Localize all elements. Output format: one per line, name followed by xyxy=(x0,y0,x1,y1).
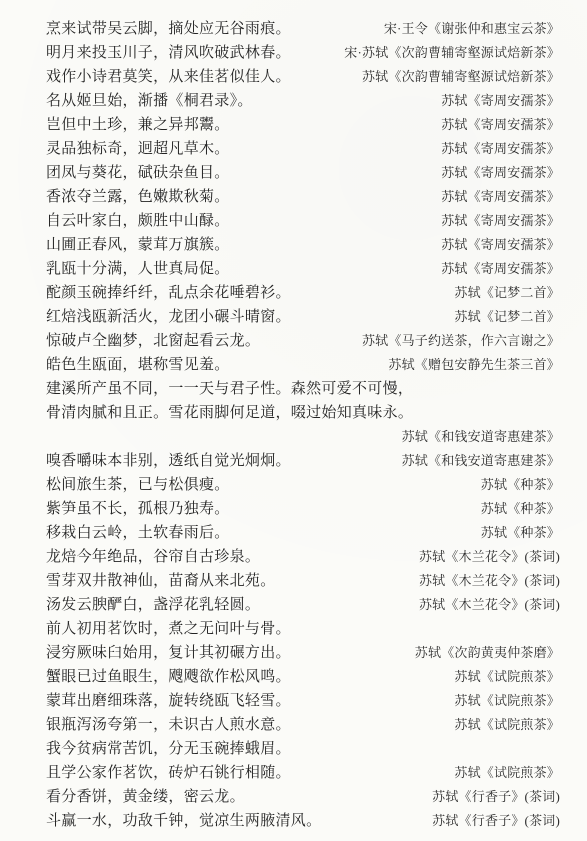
quote-row: 烹来试带吴云脚，摘处应无谷雨痕。宋·王令《谢张仲和惠宝云茶》 xyxy=(46,15,560,39)
quote-row: 山圃正春风，蒙茸万旗簇。苏轼《寄周安孺茶》 xyxy=(46,231,560,255)
attribution-text: 苏轼《次韵黄夷仲茶磨》 xyxy=(415,642,560,661)
quote-text: 名从姬旦始，渐播《桐君录》。 xyxy=(46,89,253,110)
attribution-text: 苏轼《试院煎茶》 xyxy=(454,690,560,709)
attribution-text: 苏轼《记梦二首》 xyxy=(454,306,560,325)
quote-row: 蒙茸出磨细珠落，旋转绕瓯飞轻雪。苏轼《试院煎茶》 xyxy=(46,687,560,711)
quote-text: 乳瓯十分满，人世真局促。 xyxy=(46,257,230,278)
quote-row: 且学公家作茗饮，砖炉石铫行相随。苏轼《试院煎茶》 xyxy=(46,759,560,783)
quote-text: 酡颜玉碗捧纤纤，乱点余花唾碧衫。 xyxy=(46,281,291,302)
attribution-text: 苏轼《寄周安孺茶》 xyxy=(441,162,560,181)
quote-text: 骨清肉腻和且正。雪花雨脚何足道，啜过始知真味永。 xyxy=(46,401,413,422)
quote-text: 且学公家作茗饮，砖炉石铫行相随。 xyxy=(46,761,291,782)
quote-text: 看分香饼，黄金缕，密云龙。 xyxy=(46,785,245,806)
quote-row: 乳瓯十分满，人世真局促。苏轼《寄周安孺茶》 xyxy=(46,255,560,279)
quote-text: 团凤与葵花，碔砆杂鱼目。 xyxy=(46,161,230,182)
attribution-text: 苏轼《寄周安孺茶》 xyxy=(441,234,560,253)
quote-text: 紫笋虽不长，孤根乃独寿。 xyxy=(46,497,230,518)
quote-text: 嗅香嚼味本非别，透纸自觉光炯炯。 xyxy=(46,449,291,470)
attribution-text: 苏轼《试院煎茶》 xyxy=(454,762,560,781)
quote-row: 移栽白云岭，土软春雨后。苏轼《种茶》 xyxy=(46,519,560,543)
attribution-text: 苏轼《种茶》 xyxy=(481,474,560,493)
quote-row: 汤发云腴酽白，盏浮花乳轻圆。苏轼《木兰花令》(茶词) xyxy=(46,591,560,615)
quote-row: 皓色生瓯面，堪称雪见羞。苏轼《赠包安静先生茶三首》 xyxy=(46,351,560,375)
quote-row: 建溪所产虽不同，一一天与君子性。森然可爱不可慢， xyxy=(46,375,560,399)
quote-text: 山圃正春风，蒙茸万旗簇。 xyxy=(46,233,230,254)
quote-row: 银瓶泻汤夸第一，未识古人煎水意。苏轼《试院煎茶》 xyxy=(46,711,560,735)
attribution-text: 苏轼《试院煎茶》 xyxy=(454,666,560,685)
quote-row: 嗅香嚼味本非别，透纸自觉光炯炯。苏轼《和钱安道寄惠建茶》 xyxy=(46,447,560,471)
quote-row: 前人初用茗饮时，煮之无问叶与骨。 xyxy=(46,615,560,639)
quote-text: 烹来试带吴云脚，摘处应无谷雨痕。 xyxy=(46,17,291,38)
quote-text: 红焙浅瓯新活火，龙团小碾斗晴窗。 xyxy=(46,305,291,326)
attribution-text: 苏轼《寄周安孺茶》 xyxy=(441,114,560,133)
quote-text: 戏作小诗君莫笑，从来佳茗似佳人。 xyxy=(46,65,291,86)
attribution-text: 苏轼《木兰花令》(茶词) xyxy=(419,546,560,565)
quote-list: 烹来试带吴云脚，摘处应无谷雨痕。宋·王令《谢张仲和惠宝云茶》明月来投玉川子，清风… xyxy=(46,15,560,831)
quote-text: 汤发云腴酽白，盏浮花乳轻圆。 xyxy=(46,593,260,614)
quote-row: 松间旅生茶，已与松俱瘦。苏轼《种茶》 xyxy=(46,471,560,495)
quote-row: 酡颜玉碗捧纤纤，乱点余花唾碧衫。苏轼《记梦二首》 xyxy=(46,279,560,303)
attribution-text: 苏轼《寄周安孺茶》 xyxy=(441,90,560,109)
quote-row: 自云叶家白，颇胜中山醁。苏轼《寄周安孺茶》 xyxy=(46,207,560,231)
quote-text: 雪芽双井散神仙，苗裔从来北苑。 xyxy=(46,569,276,590)
quote-text: 蒙茸出磨细珠落，旋转绕瓯飞轻雪。 xyxy=(46,689,291,710)
quote-row: 浸穷厥味臼始用，复计其初碾方出。苏轼《次韵黄夷仲茶磨》 xyxy=(46,639,560,663)
attribution-text: 苏轼《和钱安道寄惠建茶》 xyxy=(402,450,560,469)
quote-text: 我今贫病常苦饥，分无玉碗捧蛾眉。 xyxy=(46,737,291,758)
attribution-text: 宋·苏轼《次韵曹辅寄壑源试焙新茶》 xyxy=(344,42,560,61)
quote-text: 自云叶家白，颇胜中山醁。 xyxy=(46,209,230,230)
attribution-text: 苏轼《寄周安孺茶》 xyxy=(441,186,560,205)
quote-row: 惊破卢仝幽梦，北窗起看云龙。苏轼《马子约送茶，作六言谢之》 xyxy=(46,327,560,351)
quote-row: 名从姬旦始，渐播《桐君录》。苏轼《寄周安孺茶》 xyxy=(46,87,560,111)
quote-text: 松间旅生茶，已与松俱瘦。 xyxy=(46,473,230,494)
attribution-text: 苏轼《记梦二首》 xyxy=(454,282,560,301)
quote-row: 紫笋虽不长，孤根乃独寿。苏轼《种茶》 xyxy=(46,495,560,519)
quote-text: 明月来投玉川子，清风吹破武林春。 xyxy=(46,41,291,62)
quote-row: 明月来投玉川子，清风吹破武林春。宋·苏轼《次韵曹辅寄壑源试焙新茶》 xyxy=(46,39,560,63)
attribution-text: 宋·王令《谢张仲和惠宝云茶》 xyxy=(384,18,560,37)
quote-row: 雪芽双井散神仙，苗裔从来北苑。苏轼《木兰花令》(茶词) xyxy=(46,567,560,591)
quote-row: 红焙浅瓯新活火，龙团小碾斗晴窗。苏轼《记梦二首》 xyxy=(46,303,560,327)
quote-text: 移栽白云岭，土软春雨后。 xyxy=(46,521,230,542)
attribution-text: 苏轼《寄周安孺茶》 xyxy=(441,138,560,157)
quote-row: 团凤与葵花，碔砆杂鱼目。苏轼《寄周安孺茶》 xyxy=(46,159,560,183)
attribution-text: 苏轼《木兰花令》(茶词) xyxy=(419,594,560,613)
attribution-text: 苏轼《试院煎茶》 xyxy=(454,714,560,733)
quote-text: 香浓夺兰露，色嫩欺秋菊。 xyxy=(46,185,230,206)
quote-row: 岂但中土珍，兼之异邦鬻。苏轼《寄周安孺茶》 xyxy=(46,111,560,135)
quote-text: 前人初用茗饮时，煮之无问叶与骨。 xyxy=(46,617,291,638)
attribution-text: 苏轼《木兰花令》(茶词) xyxy=(419,570,560,589)
quote-row: 看分香饼，黄金缕，密云龙。苏轼《行香子》(茶词) xyxy=(46,783,560,807)
attribution-text: 苏轼《赠包安静先生茶三首》 xyxy=(388,354,560,373)
quote-text: 蟹眼已过鱼眼生，飕飕欲作松风鸣。 xyxy=(46,665,291,686)
quote-text: 皓色生瓯面，堪称雪见羞。 xyxy=(46,353,230,374)
attribution-text: 苏轼《和钱安道寄惠建茶》 xyxy=(402,426,560,445)
attribution-text: 苏轼《行香子》(茶词) xyxy=(432,810,560,829)
attribution-text: 苏轼《行香子》(茶词) xyxy=(432,786,560,805)
quote-row: 戏作小诗君莫笑，从来佳茗似佳人。苏轼《次韵曹辅寄壑源试焙新茶》 xyxy=(46,63,560,87)
quote-row: 灵品独标奇，迥超凡草木。苏轼《寄周安孺茶》 xyxy=(46,135,560,159)
quote-text: 灵品独标奇，迥超凡草木。 xyxy=(46,137,230,158)
attribution-text: 苏轼《种茶》 xyxy=(481,522,560,541)
quote-row: 斗赢一水，功敌千钟，觉凉生两腋清风。苏轼《行香子》(茶词) xyxy=(46,807,560,831)
quote-row: 苏轼《和钱安道寄惠建茶》 xyxy=(46,423,560,447)
quote-row: 我今贫病常苦饥，分无玉碗捧蛾眉。 xyxy=(46,735,560,759)
attribution-text: 苏轼《次韵曹辅寄壑源试焙新茶》 xyxy=(362,66,560,85)
attribution-text: 苏轼《寄周安孺茶》 xyxy=(441,210,560,229)
attribution-text: 苏轼《寄周安孺茶》 xyxy=(441,258,560,277)
quote-text: 浸穷厥味臼始用，复计其初碾方出。 xyxy=(46,641,291,662)
quote-text: 银瓶泻汤夸第一，未识古人煎水意。 xyxy=(46,713,291,734)
quote-text: 龙焙今年绝品，谷帘自古珍泉。 xyxy=(46,545,260,566)
quote-text: 岂但中土珍，兼之异邦鬻。 xyxy=(46,113,230,134)
quote-row: 骨清肉腻和且正。雪花雨脚何足道，啜过始知真味永。 xyxy=(46,399,560,423)
quote-row: 香浓夺兰露，色嫩欺秋菊。苏轼《寄周安孺茶》 xyxy=(46,183,560,207)
quote-row: 蟹眼已过鱼眼生，飕飕欲作松风鸣。苏轼《试院煎茶》 xyxy=(46,663,560,687)
attribution-text: 苏轼《马子约送茶，作六言谢之》 xyxy=(362,330,560,349)
quote-text: 斗赢一水，功敌千钟，觉凉生两腋清风。 xyxy=(46,809,321,830)
document-page: 烹来试带吴云脚，摘处应无谷雨痕。宋·王令《谢张仲和惠宝云茶》明月来投玉川子，清风… xyxy=(0,0,587,841)
quote-text: 建溪所产虽不同，一一天与君子性。森然可爱不可慢， xyxy=(46,377,413,398)
quote-row: 龙焙今年绝品，谷帘自古珍泉。苏轼《木兰花令》(茶词) xyxy=(46,543,560,567)
attribution-text: 苏轼《种茶》 xyxy=(481,498,560,517)
quote-text: 惊破卢仝幽梦，北窗起看云龙。 xyxy=(46,329,260,350)
